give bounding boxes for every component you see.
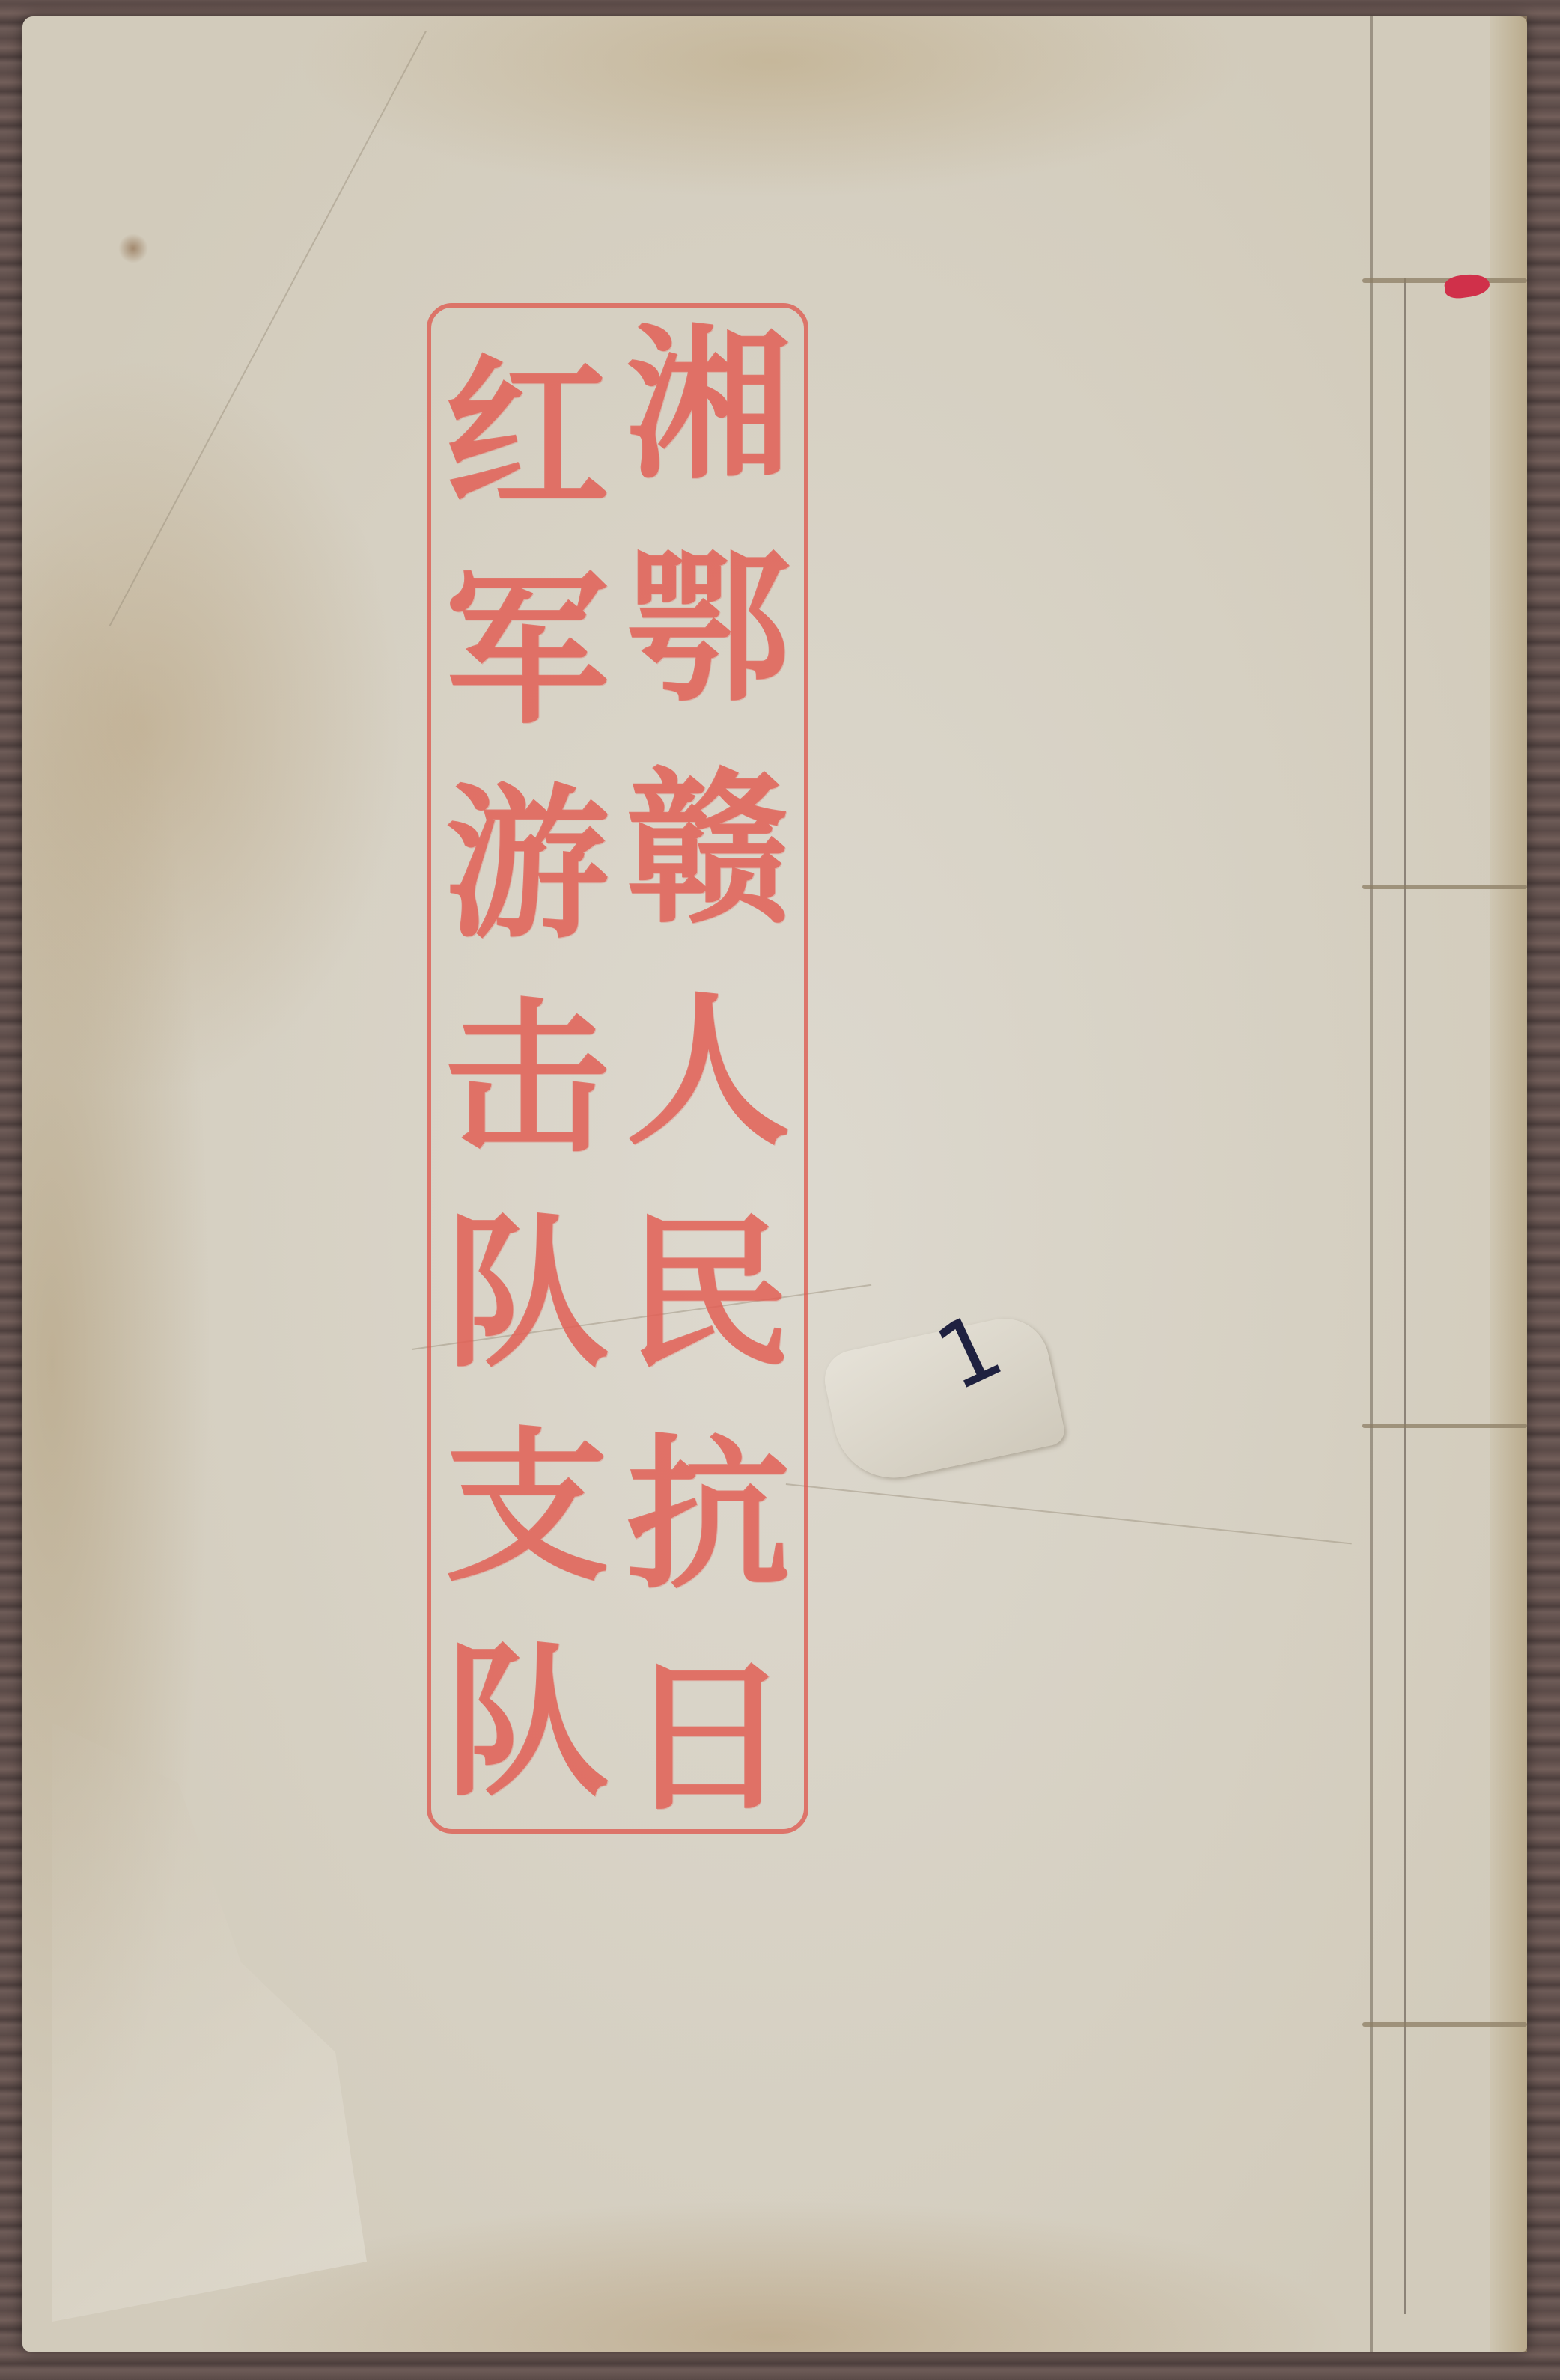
- seal-char: 支: [445, 1425, 609, 1590]
- binding-fold-line: [1370, 16, 1373, 2352]
- seal-char: 抗: [626, 1432, 790, 1597]
- seal-char: 游: [445, 781, 609, 946]
- seal-char: 赣: [626, 766, 790, 931]
- crease: [109, 31, 427, 626]
- seal-char: 队: [445, 1211, 609, 1376]
- binding-thread: [1404, 278, 1406, 2314]
- spine-edge: [1490, 16, 1527, 2352]
- red-paper-fleck: [1443, 272, 1491, 300]
- seal-char: 军: [445, 567, 609, 732]
- seal-char: 民: [626, 1211, 790, 1376]
- seal-char: 人: [626, 989, 790, 1153]
- red-seal-stamp: 湘 鄂 赣 人 民 抗 日 红 军 游 击 队 支 队: [427, 303, 808, 1834]
- seal-char: 鄂: [626, 545, 790, 710]
- binding-stitch: [1362, 885, 1527, 889]
- seal-char: 红: [445, 353, 609, 517]
- seal-char: 日: [626, 1655, 790, 1819]
- seal-char: 击: [445, 996, 609, 1161]
- binding-stitch: [1362, 1424, 1527, 1428]
- torn-corner: [52, 1723, 367, 2322]
- crease: [786, 1483, 1352, 1544]
- seal-right-column: 湘 鄂 赣 人 民 抗 日: [626, 323, 790, 1819]
- seal-left-column: 红 军 游 击 队 支 队: [445, 353, 609, 1804]
- seal-char: 队: [445, 1640, 609, 1804]
- worm-hole: [118, 234, 148, 263]
- binding-stitch: [1362, 2022, 1527, 2027]
- seal-char: 湘: [626, 323, 790, 487]
